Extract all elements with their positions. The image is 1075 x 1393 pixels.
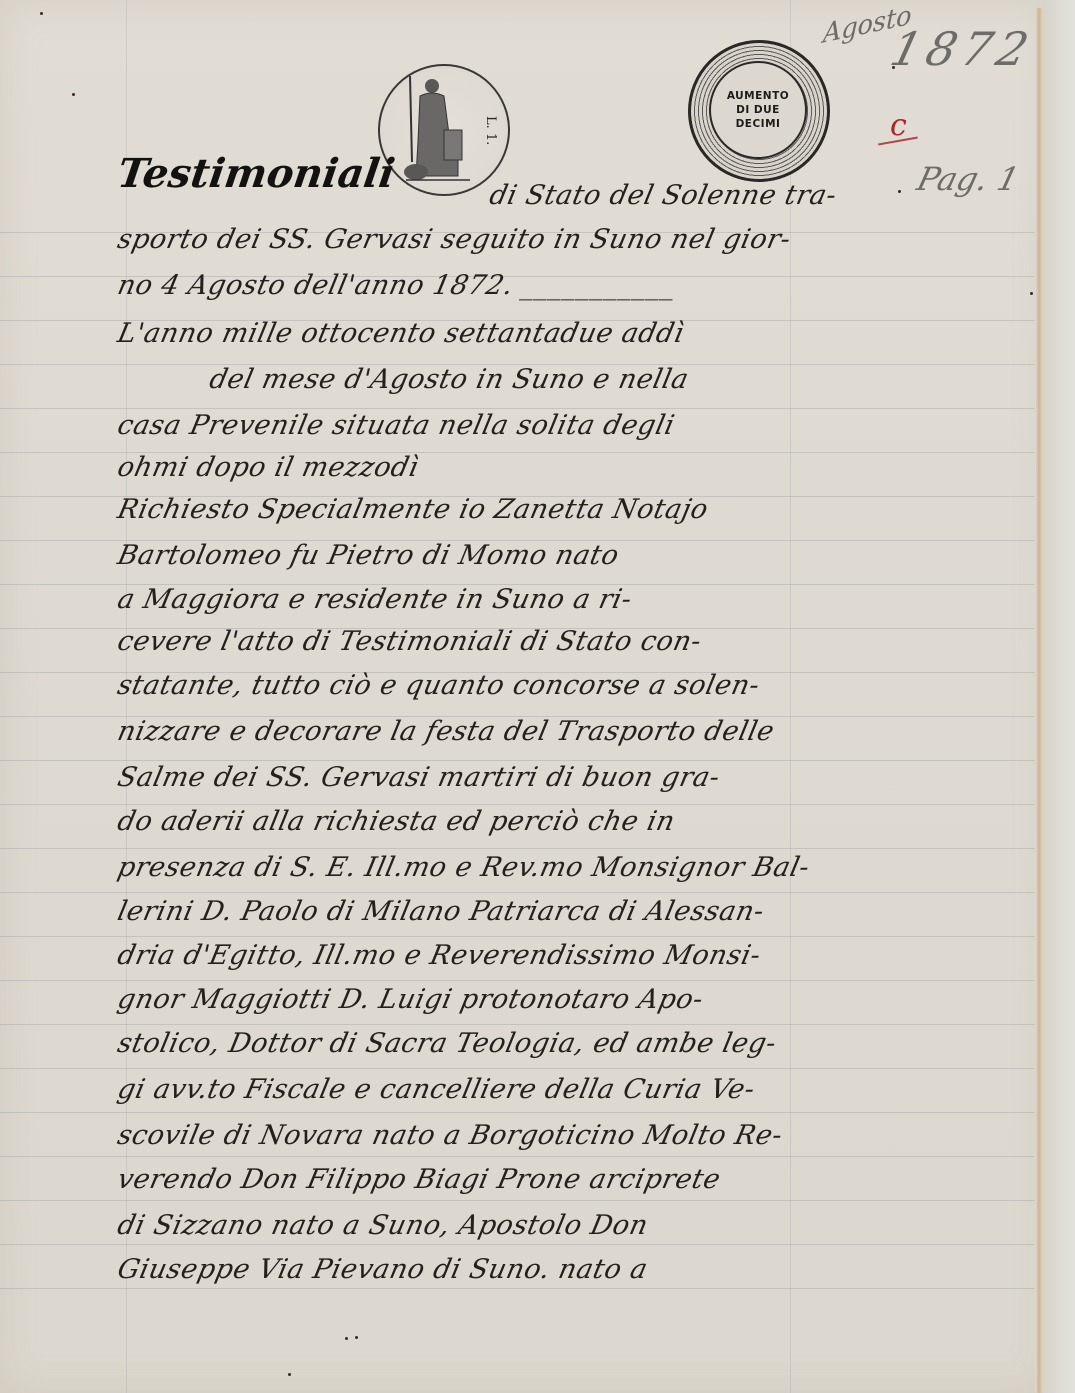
text-line: di Sizzano nato a Suno, Apostolo Don bbox=[115, 1210, 651, 1241]
seal-stamp: AUMENTO DI DUE DECIMI bbox=[688, 40, 830, 182]
seal-inner: AUMENTO DI DUE DECIMI bbox=[709, 61, 807, 159]
ruled-line bbox=[0, 1288, 1035, 1289]
text-line: Richiesto Specialmente io Zanetta Notajo bbox=[115, 494, 711, 525]
text-line: lerini D. Paolo di Milano Patriarca di A… bbox=[115, 896, 767, 927]
text-line: di Stato del Solenne tra- bbox=[487, 180, 840, 211]
paper-speck bbox=[40, 12, 43, 15]
ruled-line bbox=[0, 1200, 1035, 1201]
text-line: no 4 Agosto dell'anno 1872. ___________ bbox=[115, 270, 680, 301]
paper-speck bbox=[892, 66, 895, 69]
text-line: L'anno mille ottocento settantadue addì bbox=[115, 318, 687, 349]
text-line: gnor Maggiotti D. Luigi protonotaro Apo- bbox=[115, 984, 706, 1015]
text-line: presenza di S. E. Ill.mo e Rev.mo Monsig… bbox=[115, 852, 813, 883]
text-line: a Maggiora e residente in Suno a ri- bbox=[115, 584, 635, 615]
text-line: do aderii alla richiesta ed perciò che i… bbox=[115, 806, 678, 837]
text-line: sporto dei SS. Gervasi seguito in Suno n… bbox=[115, 224, 794, 255]
paper-speck bbox=[288, 1373, 291, 1376]
text-line: Bartolomeo fu Pietro di Momo nato bbox=[115, 540, 622, 571]
underlying-sheet bbox=[1043, 0, 1075, 1393]
page-edge bbox=[1035, 8, 1043, 1393]
text-line: cevere l'atto di Testimoniali di Stato c… bbox=[115, 626, 705, 657]
seated-figure-icon bbox=[398, 72, 478, 190]
stamp-value: L. 1. bbox=[483, 116, 498, 145]
text-line: gi avv.to Fiscale e cancelliere della Cu… bbox=[115, 1074, 758, 1105]
paper-speck bbox=[898, 190, 901, 193]
paper-speck bbox=[345, 1337, 348, 1340]
pencil-year: 1872 bbox=[885, 22, 1040, 76]
ruled-line bbox=[0, 804, 1035, 805]
ruled-line bbox=[0, 936, 1035, 937]
ruled-line bbox=[0, 1068, 1035, 1069]
document-title: Testimoniali bbox=[115, 150, 398, 197]
text-line: stolico, Dottor di Sacra Teologia, ed am… bbox=[115, 1028, 780, 1059]
ruled-line bbox=[0, 760, 1035, 761]
paper-speck bbox=[1030, 292, 1033, 295]
manuscript-page: L. 1. AUMENTO DI DUE DECIMI Agosto 1872 … bbox=[0, 0, 1050, 1393]
ruled-line bbox=[0, 1244, 1035, 1245]
text-line: del mese d'Agosto in Suno e nella bbox=[207, 364, 692, 395]
seal-line: AUMENTO bbox=[727, 89, 789, 103]
ruled-line bbox=[0, 848, 1035, 849]
text-line: dria d'Egitto, Ill.mo e Reverendissimo M… bbox=[115, 940, 764, 971]
text-line: scovile di Novara nato a Borgoticino Mol… bbox=[115, 1120, 786, 1151]
revenue-stamp: L. 1. bbox=[378, 64, 510, 196]
seal-line: DI DUE bbox=[736, 103, 780, 117]
paper-speck bbox=[72, 93, 75, 96]
ruled-line bbox=[0, 892, 1035, 893]
text-line: casa Prevenile situata nella solita degl… bbox=[115, 410, 678, 441]
text-line: Salme dei SS. Gervasi martiri di buon gr… bbox=[115, 762, 723, 793]
text-line: ohmi dopo il mezzodì bbox=[115, 452, 422, 483]
ruled-line bbox=[0, 980, 1035, 981]
ruled-line bbox=[0, 408, 1035, 409]
text-line: nizzare e decorare la festa del Trasport… bbox=[115, 716, 777, 747]
text-line: verendo Don Filippo Biagi Prone arcipret… bbox=[115, 1164, 724, 1195]
ruled-line bbox=[0, 1024, 1035, 1025]
ruled-line bbox=[0, 1112, 1035, 1113]
ruled-line bbox=[0, 1156, 1035, 1157]
text-line: statante, tutto ciò e quanto concorse a … bbox=[115, 670, 763, 701]
text-line: Giuseppe Via Pievano di Suno. nato a bbox=[115, 1254, 651, 1285]
seal-line: DECIMI bbox=[736, 117, 781, 131]
paper-speck bbox=[355, 1336, 358, 1339]
page-number: Pag. 1 bbox=[913, 160, 1023, 198]
